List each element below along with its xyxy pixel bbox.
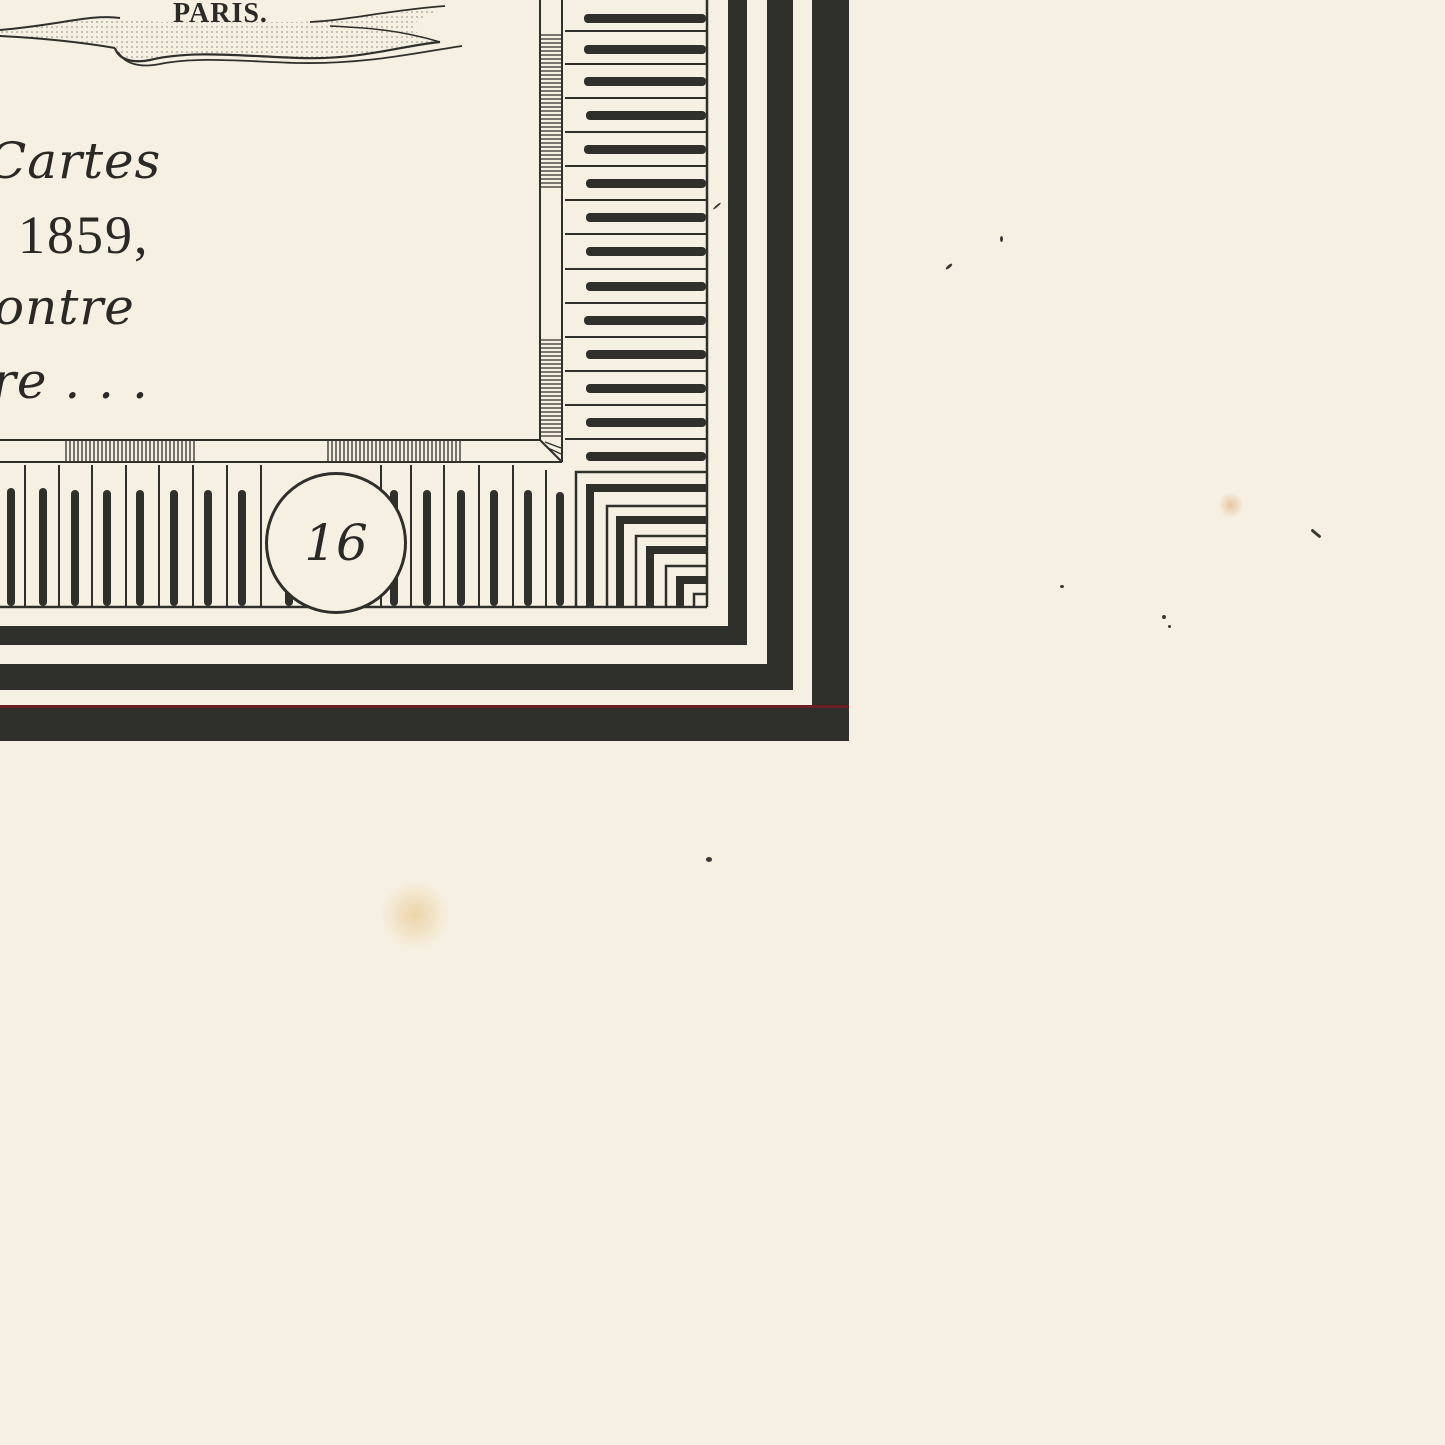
map-plate: PARIS. Cartes 1859, ontre re . . . [0, 0, 1445, 1445]
frame-red-rule [0, 705, 849, 708]
paper-speck [706, 857, 712, 862]
frame-middle-vertical [767, 0, 793, 690]
frame-inner-vertical [728, 0, 747, 645]
paper-speck [1060, 585, 1064, 588]
paper-speck [1000, 236, 1003, 242]
paper-speck [1168, 625, 1171, 628]
paper-speck [945, 263, 953, 270]
frame-outer-horizontal [0, 706, 849, 741]
frame-outer-vertical [812, 0, 849, 741]
plate-number-circle: 16 [265, 472, 407, 614]
foxing-stain [1220, 490, 1242, 520]
plate-number: 16 [304, 514, 368, 572]
frame-middle-horizontal [0, 664, 793, 690]
paper-speck [1310, 528, 1321, 538]
paper-speck [1162, 615, 1166, 619]
frame-inner-horizontal [0, 626, 747, 645]
foxing-stain [380, 880, 450, 950]
